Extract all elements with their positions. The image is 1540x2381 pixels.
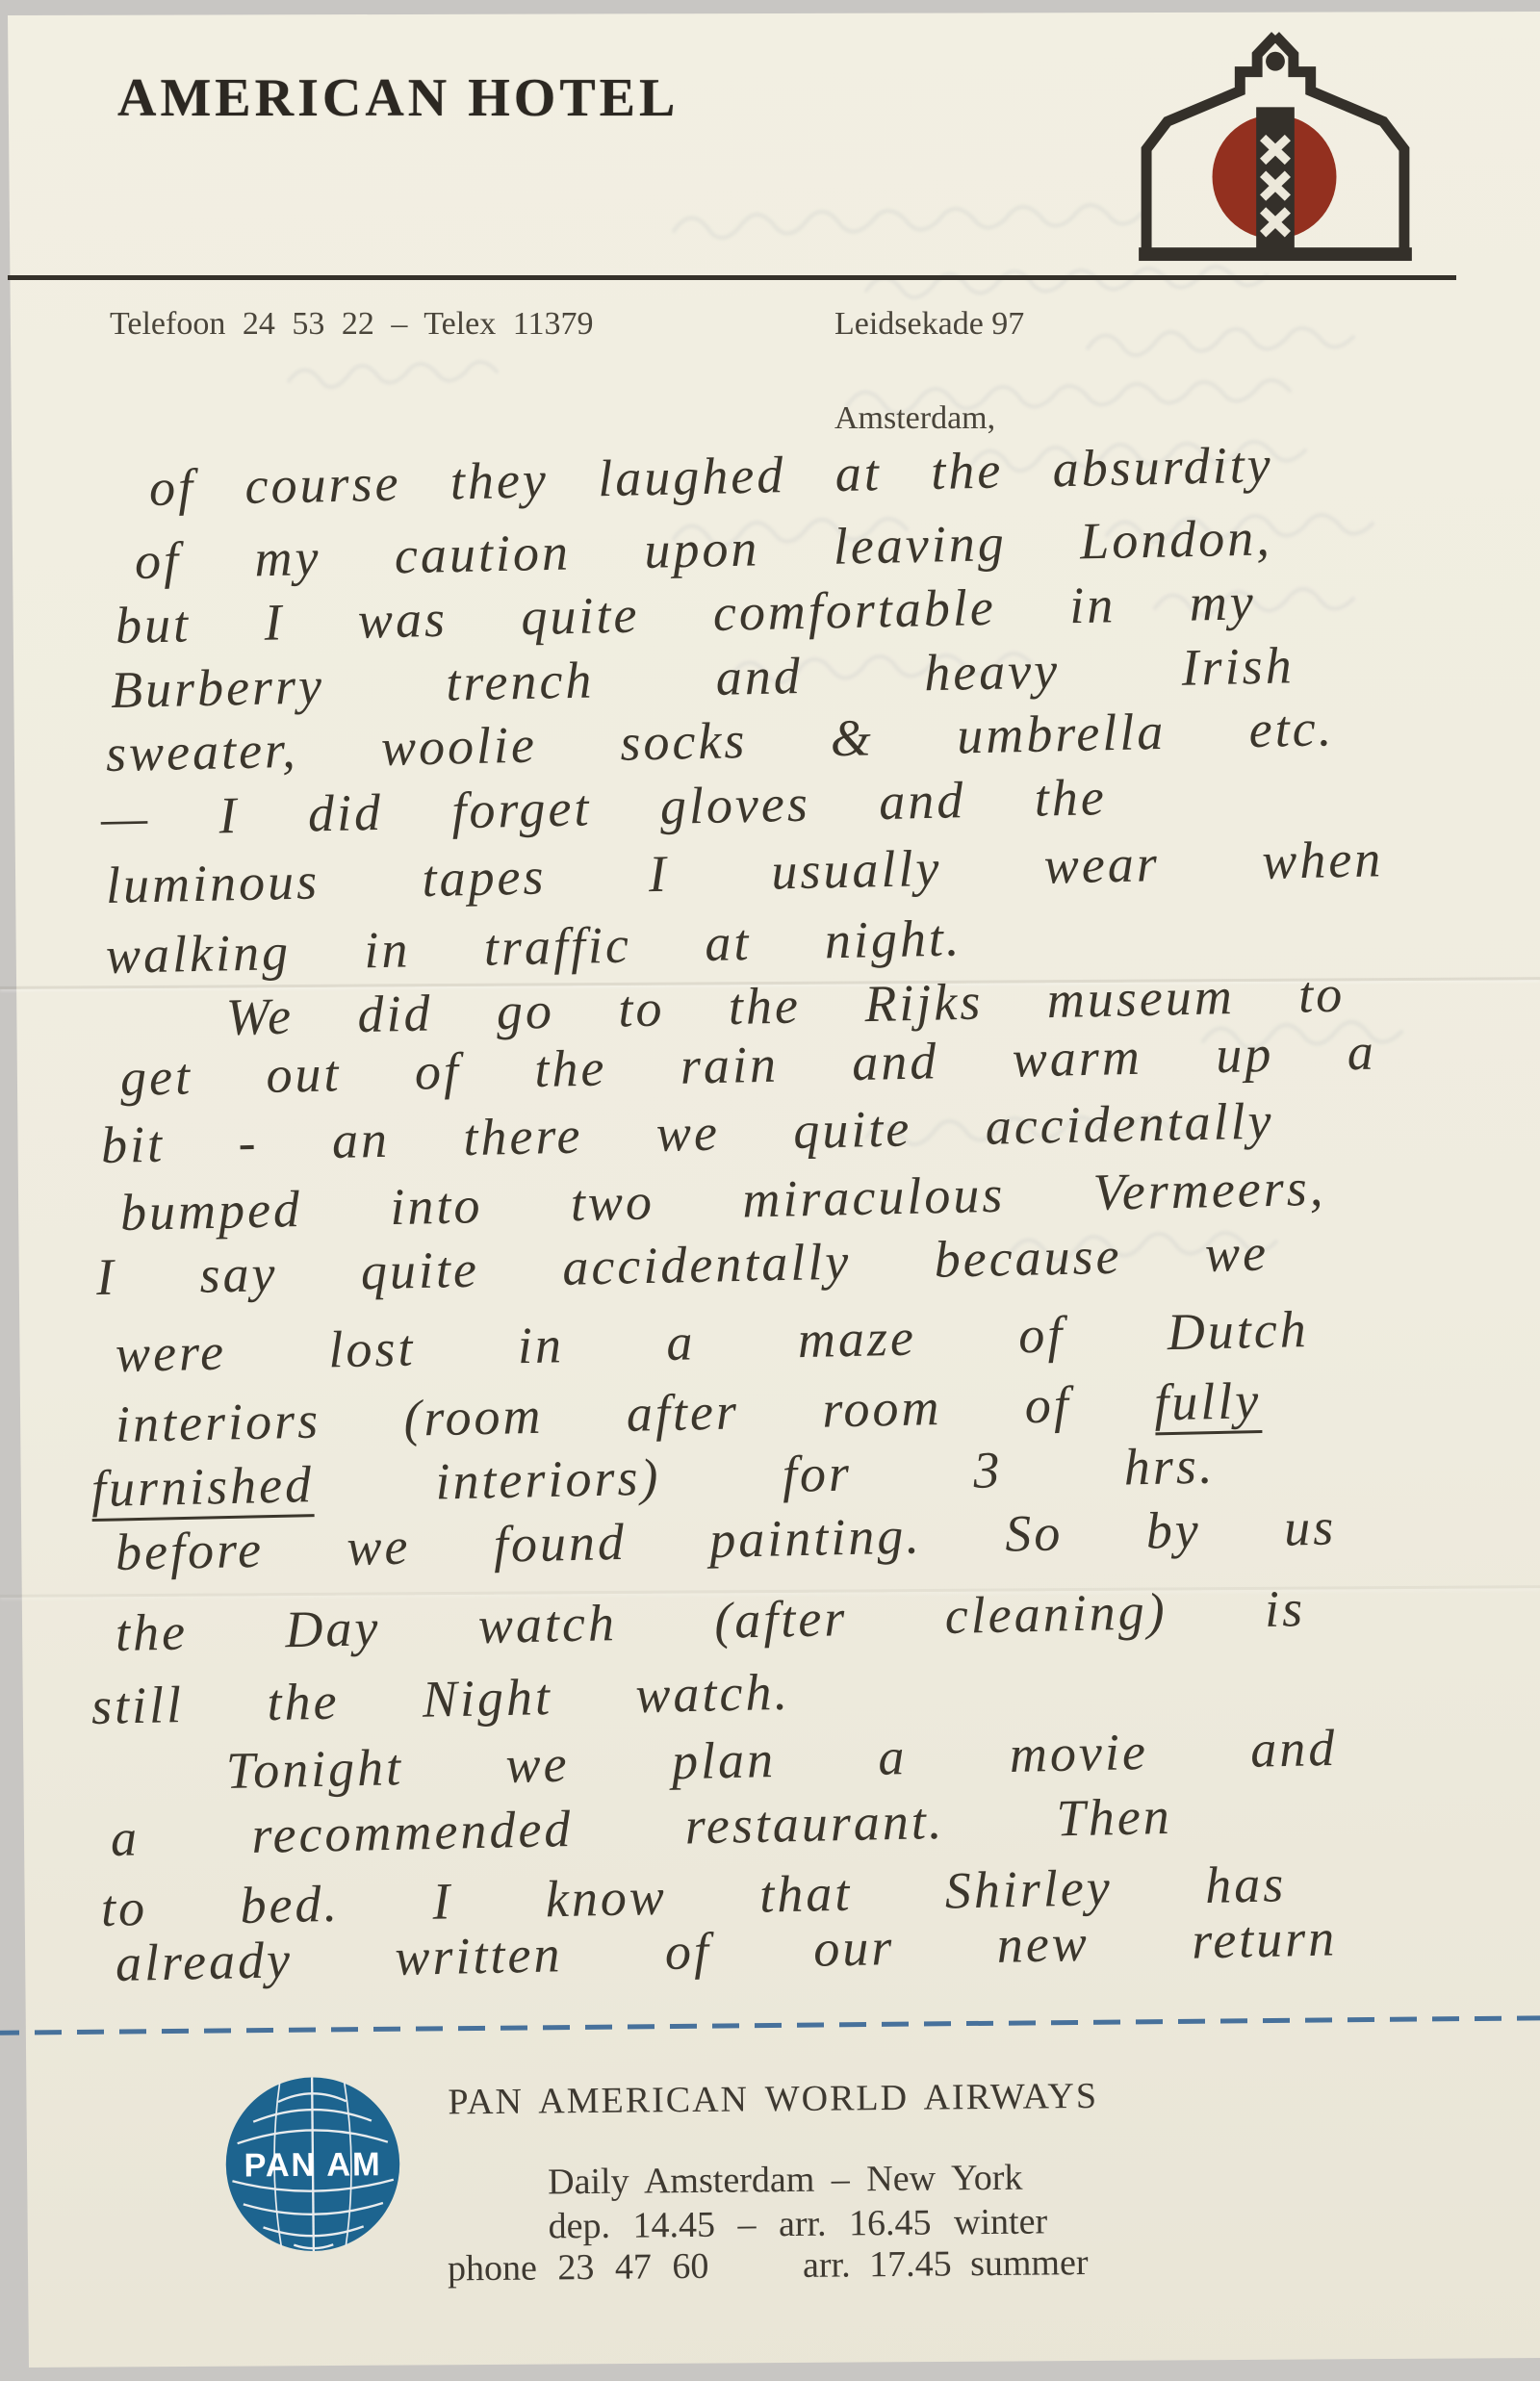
pan-am-logo-label: PAN AM — [244, 2146, 381, 2184]
scanned-letter-page: AMERICAN HOTEL Telefoon 24 53 22 – Telex… — [0, 0, 1540, 2381]
route-line: Daily Amsterdam – New York — [548, 2157, 1023, 2204]
summer-schedule: arr. 17.45 summer — [803, 2241, 1089, 2287]
pan-am-globe-logo-icon: PAN AM — [222, 2074, 403, 2255]
panam-footer: PAN AM PAN AMERICAN WORLD AIRWAYS Daily … — [0, 0, 1540, 2381]
winter-schedule: dep. 14.45 – arr. 16.45 winter — [548, 2200, 1047, 2247]
phone-number: phone 23 47 60 — [448, 2245, 709, 2291]
airline-name: PAN AMERICAN WORLD AIRWAYS — [448, 2075, 1098, 2123]
